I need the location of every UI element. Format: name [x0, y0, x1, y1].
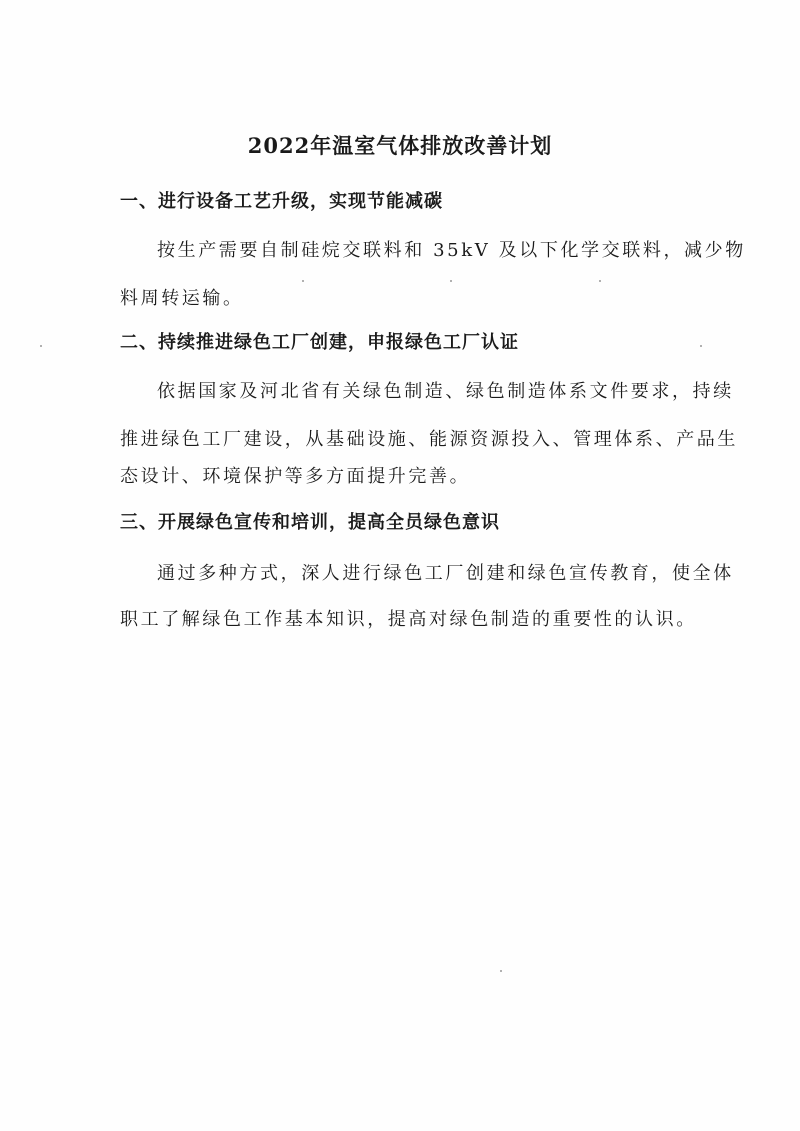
section-2-line-3: 态设计、环境保护等多方面提升完善。: [120, 462, 470, 488]
scan-speck: [302, 280, 304, 282]
document-page: 2022年温室气体排放改善计划 一、进行设备工艺升级，实现节能减碳 按生产需要自…: [0, 0, 800, 1131]
scan-speck: [599, 280, 601, 282]
section-2-line-2: 推进绿色工厂建设，从基础设施、能源资源投入、管理体系、产品生: [120, 425, 738, 451]
section-1-line-1: 按生产需要自制硅烷交联料和 35kV 及以下化学交联料，减少物: [157, 236, 746, 262]
section-2-line-1: 依据国家及河北省有关绿色制造、绿色制造体系文件要求，持续: [157, 377, 734, 403]
section-1-heading: 一、进行设备工艺升级，实现节能减碳: [120, 187, 443, 213]
scan-speck: [500, 970, 502, 972]
section-3-line-1: 通过多种方式，深人进行绿色工厂创建和绿色宣传教育，使全体: [157, 559, 734, 585]
section-2-heading: 二、持续推进绿色工厂创建，申报绿色工厂认证: [120, 328, 519, 354]
document-title: 2022年温室气体排放改善计划: [0, 130, 800, 160]
section-3-heading: 三、开展绿色宣传和培训，提高全员绿色意识: [120, 508, 500, 534]
section-1-line-2: 料周转运输。: [120, 284, 244, 310]
section-3-line-2: 职工了解绿色工作基本知识，提高对绿色制造的重要性的认识。: [120, 605, 697, 631]
scan-speck: [450, 280, 452, 282]
scan-speck: [40, 345, 42, 347]
scan-speck: [700, 345, 702, 347]
